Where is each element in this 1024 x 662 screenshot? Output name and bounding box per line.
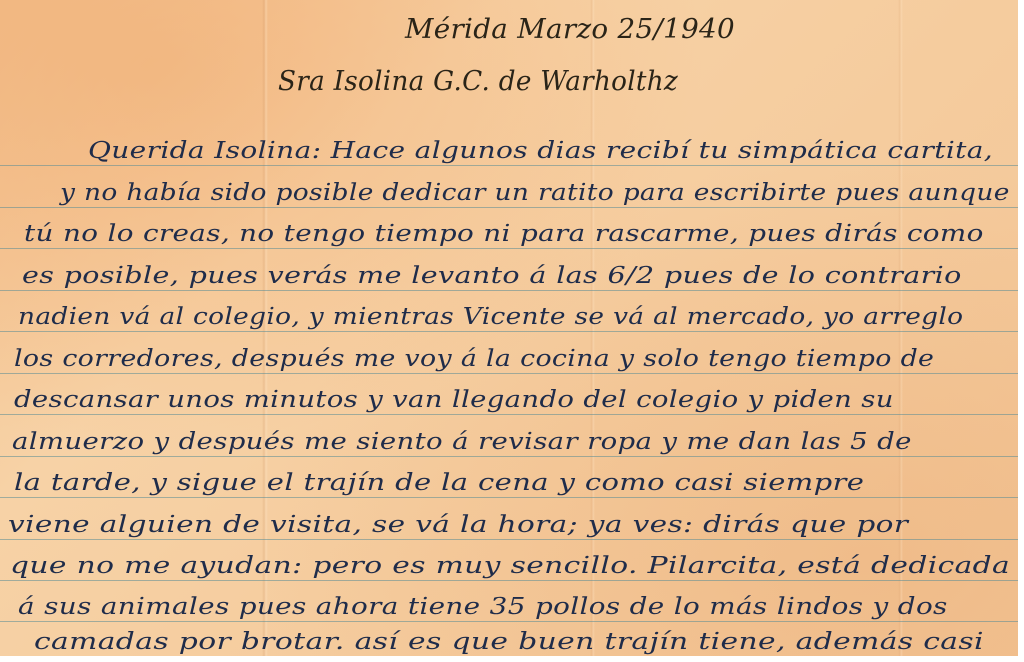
letter-line: Querida Isolina: Hace algunos dias recib… <box>88 136 993 164</box>
letter-line: á sus animales pues ahora tiene 35 pollo… <box>18 592 948 620</box>
ruled-line <box>0 539 1018 540</box>
ruled-line <box>0 373 1018 374</box>
letter-line: y no había sido posible dedicar un ratit… <box>60 178 1010 206</box>
ruled-line <box>0 621 1018 622</box>
letter-paper: Mérida Marzo 25/1940 Sra Isolina G.C. de… <box>0 0 1018 656</box>
letter-line: viene alguien de visita, se vá la hora; … <box>8 510 908 538</box>
ruled-line <box>0 165 1018 166</box>
ruled-line <box>0 290 1018 291</box>
ruled-line <box>0 414 1018 415</box>
ruled-line <box>0 207 1018 208</box>
ruled-line <box>0 456 1018 457</box>
letter-line: la tarde, y sigue el trajín de la cena y… <box>14 468 864 496</box>
letter-line: los corredores, después me voy á la coci… <box>14 344 934 372</box>
letter-line: camadas por brotar. así es que buen traj… <box>34 627 984 655</box>
ruled-line <box>0 497 1018 498</box>
recipient-line: Sra Isolina G.C. de Warholthz <box>278 66 678 97</box>
letter-line: almuerzo y después me siento á revisar r… <box>12 427 912 455</box>
place-date: Mérida Marzo 25/1940 <box>405 14 735 45</box>
ruled-line <box>0 331 1018 332</box>
letter-line: descansar unos minutos y van llegando de… <box>14 385 894 413</box>
ruled-line <box>0 580 1018 581</box>
letter-line: tú no lo creas, no tengo tiempo ni para … <box>24 219 984 247</box>
ruled-line <box>0 248 1018 249</box>
letter-line: que no me ayudan: pero es muy sencillo. … <box>10 551 1010 579</box>
letter-line: nadien vá al colegio, y mientras Vicente… <box>18 302 963 330</box>
letter-line: es posible, pues verás me levanto á las … <box>22 261 962 289</box>
